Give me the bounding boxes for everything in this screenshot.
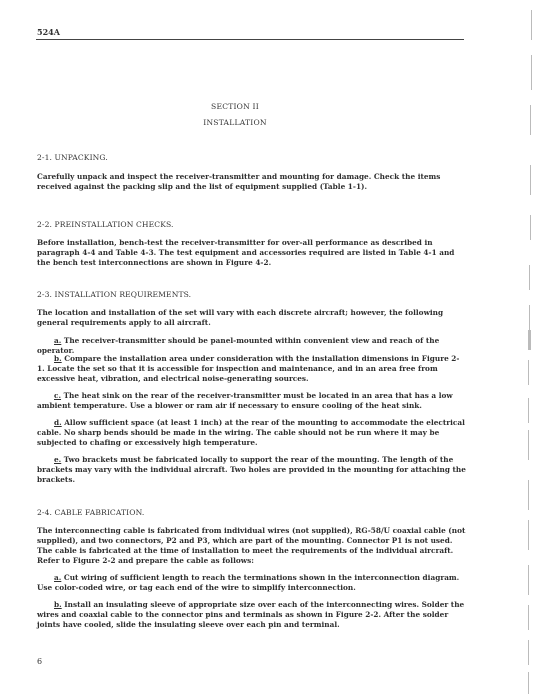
- heading-installation-requirements: 2-3. INSTALLATION REQUIREMENTS.: [37, 290, 191, 299]
- edge-mark: [531, 55, 532, 90]
- paragraph-d: d. Allow sufficient space (at least 1 in…: [37, 418, 467, 448]
- section-number: SECTION II: [0, 102, 470, 111]
- edge-mark: [530, 165, 531, 195]
- section-title: INSTALLATION: [0, 118, 470, 127]
- edge-mark: [528, 330, 531, 350]
- header-rule: [36, 39, 464, 40]
- edge-mark: [528, 480, 529, 510]
- edge-mark: [528, 520, 529, 550]
- page-number: 6: [37, 657, 42, 666]
- paragraph: Carefully unpack and inspect the receive…: [37, 172, 467, 192]
- edge-mark: [529, 305, 530, 330]
- item-text: Cut wiring of sufficient length to reach…: [37, 573, 459, 592]
- paragraph: The interconnecting cable is fabricated …: [37, 526, 467, 566]
- edge-mark: [528, 398, 529, 423]
- edge-mark: [529, 265, 530, 290]
- paragraph-b: b. Compare the installation area under c…: [37, 354, 467, 384]
- item-label: b.: [54, 600, 62, 609]
- edge-mark: [528, 640, 529, 665]
- item-text: The receiver-transmitter should be panel…: [37, 336, 439, 355]
- paragraph-a: a. The receiver-transmitter should be pa…: [37, 336, 467, 356]
- paragraph-e: e. Two brackets must be fabricated local…: [37, 455, 467, 485]
- edge-mark: [531, 10, 532, 40]
- edge-mark: [530, 105, 531, 135]
- paragraph-c: c. The heat sink on the rear of the rece…: [37, 391, 467, 411]
- edge-mark: [528, 360, 529, 385]
- heading-preinstallation: 2-2. PREINSTALLATION CHECKS.: [37, 220, 174, 229]
- item-label: d.: [54, 418, 62, 427]
- item-text: Two brackets must be fabricated locally …: [37, 455, 466, 484]
- item-text: Allow sufficient space (at least 1 inch)…: [37, 418, 465, 447]
- paragraph: The location and installation of the set…: [37, 308, 467, 328]
- item-label: c.: [54, 391, 61, 400]
- paragraph: Before installation, bench-test the rece…: [37, 238, 467, 268]
- item-text: The heat sink on the rear of the receive…: [37, 391, 453, 410]
- item-label: b.: [54, 354, 62, 363]
- heading-unpacking: 2-1. UNPACKING.: [37, 153, 108, 162]
- item-text: Install an insulating sleeve of appropri…: [37, 600, 464, 629]
- edge-mark: [528, 565, 529, 595]
- heading-cable-fabrication: 2-4. CABLE FABRICATION.: [37, 508, 144, 517]
- edge-mark: [530, 215, 531, 240]
- edge-mark: [528, 672, 529, 694]
- edge-mark: [528, 605, 529, 630]
- page-id: 524A: [37, 27, 60, 37]
- paragraph-b: b. Install an insulating sleeve of appro…: [37, 600, 467, 630]
- edge-mark: [528, 430, 529, 460]
- paragraph-a: a. Cut wiring of sufficient length to re…: [37, 573, 467, 593]
- item-text: Compare the installation area under cons…: [37, 354, 459, 383]
